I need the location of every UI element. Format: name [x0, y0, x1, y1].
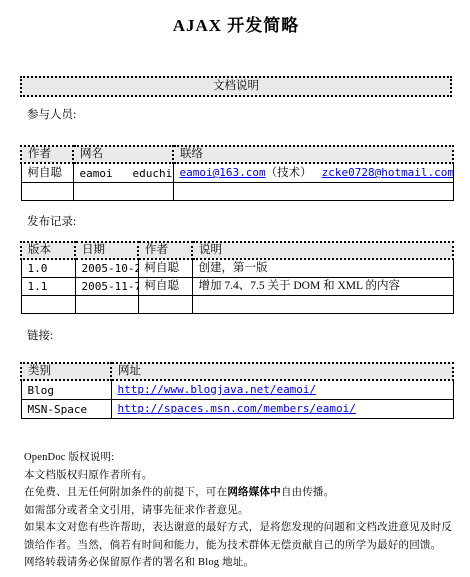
copyright-line: 如果本文对您有些许帮助，表达谢意的最好方式，是将您发现的问题和文档改进意见及时反 — [24, 519, 452, 537]
msn-space-url-link[interactable]: http://spaces.msn.com/members/eamoi/ — [118, 402, 356, 415]
table-header-row: 作者 网名 联络 — [21, 146, 453, 163]
empty-cell — [21, 296, 75, 314]
copyright-line: 如需部分或者全文引用，请事先征求作者意见。 — [24, 502, 452, 520]
copyright-line: 本文档版权归原作者所有。 — [24, 467, 452, 485]
table-row: Blog http://www.blogjava.net/eamoi/ — [21, 380, 453, 400]
document-page: AJAX 开发简略 文档说明 参与人员: 作者 网名 联络 柯自聪 eamoi … — [0, 0, 470, 577]
column-header-contact: 联络 — [173, 146, 453, 163]
section-heading-participants: 参与人员: — [20, 107, 452, 123]
author-cell: 柯自聪 — [138, 259, 192, 278]
copyright-email-link[interactable]: zcke0728@hotmail.com — [322, 166, 453, 179]
column-header-author: 作者 — [21, 146, 73, 163]
section-heading-links: 链接: — [20, 328, 452, 344]
copyright-line: 馈给作者。当然，倘若有时间和能力，能为技术群体无偿贡献自己的所学为最好的回馈。 — [24, 537, 452, 555]
document-content: AJAX 开发简略 文档说明 参与人员: 作者 网名 联络 柯自聪 eamoi … — [0, 14, 470, 572]
participants-table: 作者 网名 联络 柯自聪 eamoi educhina eamoi@163.co… — [20, 145, 454, 201]
empty-cell — [138, 296, 192, 314]
table-row-empty — [21, 183, 453, 201]
column-header-category: 类别 — [21, 363, 111, 380]
author-cell: 柯自聪 — [138, 278, 192, 296]
table-header-row: 版本 日期 作者 说明 — [21, 242, 453, 259]
table-row: 柯自聪 eamoi educhina eamoi@163.com（技术）zcke… — [21, 163, 453, 183]
blog-url-link[interactable]: http://www.blogjava.net/eamoi/ — [118, 383, 317, 396]
column-header-author: 作者 — [138, 242, 192, 259]
date-cell: 2005-11-7 — [75, 278, 138, 296]
release-history-table: 版本 日期 作者 说明 1.0 2005-10-28 柯自聪 创建，第一版 1.… — [20, 241, 454, 314]
copyright-section: OpenDoc 版权说明: 本文档版权归原作者所有。 在免费、且无任何附加条件的… — [20, 449, 452, 572]
column-header-nickname: 网名 — [73, 146, 173, 163]
links-table: 类别 网址 Blog http://www.blogjava.net/eamoi… — [20, 362, 454, 419]
table-row: MSN-Space http://spaces.msn.com/members/… — [21, 400, 453, 419]
tech-label: （技术） — [266, 167, 312, 179]
column-header-date: 日期 — [75, 242, 138, 259]
copyright-line-part: 在免费、且无任何附加条件的前提下，可在 — [24, 487, 227, 498]
category-cell: MSN-Space — [21, 400, 111, 419]
column-header-url: 网址 — [111, 363, 453, 380]
empty-cell — [173, 183, 453, 201]
empty-cell — [192, 296, 453, 314]
nickname-cell: eamoi educhina — [73, 163, 173, 183]
empty-cell — [21, 183, 73, 201]
table-header-row: 类别 网址 — [21, 363, 453, 380]
contact-cell: eamoi@163.com（技术）zcke0728@hotmail.com（版权… — [173, 163, 453, 183]
page-title: AJAX 开发简略 — [20, 14, 452, 38]
table-row: 1.0 2005-10-28 柯自聪 创建，第一版 — [21, 259, 453, 278]
empty-cell — [75, 296, 138, 314]
copyright-heading: OpenDoc 版权说明: — [24, 449, 452, 467]
url-cell: http://www.blogjava.net/eamoi/ — [111, 380, 453, 400]
section-heading-releases: 发布记录: — [20, 214, 452, 230]
author-cell: 柯自聪 — [21, 163, 73, 183]
column-header-version: 版本 — [21, 242, 75, 259]
table-row: 1.1 2005-11-7 柯自聪 增加 7.4、7.5 关于 DOM 和 XM… — [21, 278, 453, 296]
category-cell: Blog — [21, 380, 111, 400]
url-cell: http://spaces.msn.com/members/eamoi/ — [111, 400, 453, 419]
table-row-empty — [21, 296, 453, 314]
copyright-line-part: 自由传播。 — [281, 487, 335, 498]
date-cell: 2005-10-28 — [75, 259, 138, 278]
column-header-description: 说明 — [192, 242, 453, 259]
copyright-line-bold: 网络媒体中 — [227, 487, 281, 498]
copyright-line: 网络转载请务必保留原作者的署名和 Blog 地址。 — [24, 554, 452, 572]
version-cell: 1.1 — [21, 278, 75, 296]
description-cell: 创建，第一版 — [192, 259, 453, 278]
tech-email-link[interactable]: eamoi@163.com — [180, 166, 266, 179]
doc-note-box: 文档说明 — [20, 76, 452, 97]
description-cell: 增加 7.4、7.5 关于 DOM 和 XML 的内容 — [192, 278, 453, 296]
copyright-line: 在免费、且无任何附加条件的前提下，可在网络媒体中自由传播。 — [24, 484, 452, 502]
empty-cell — [73, 183, 173, 201]
version-cell: 1.0 — [21, 259, 75, 278]
